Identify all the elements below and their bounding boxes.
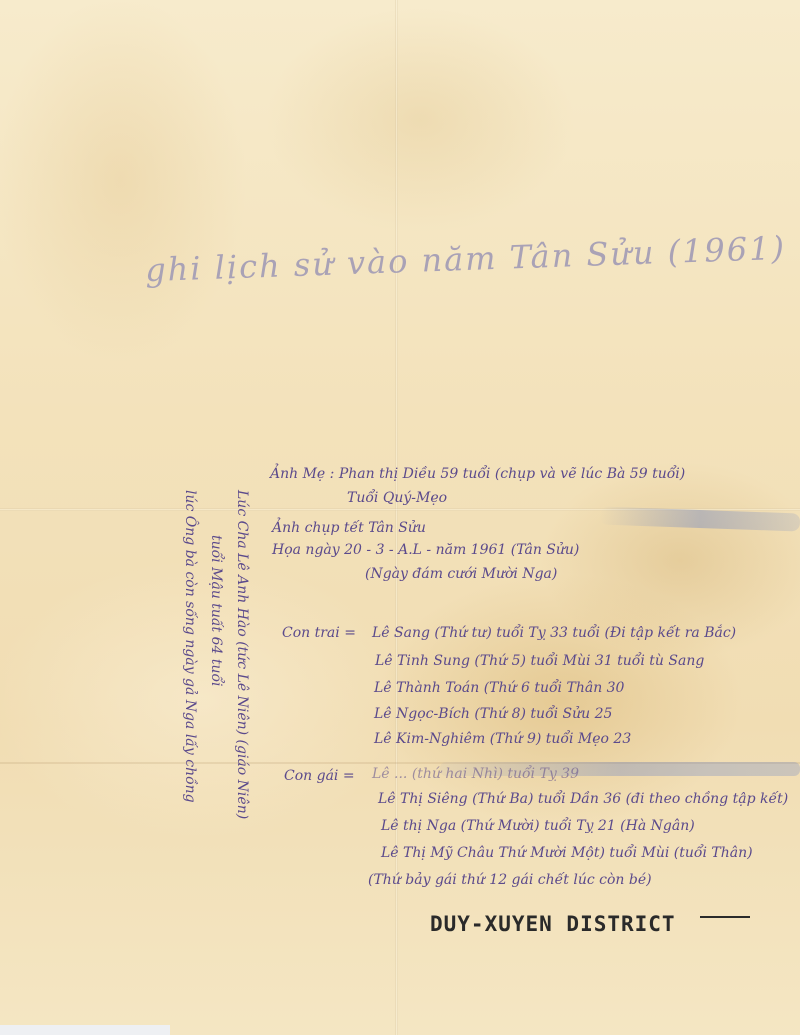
stamp-underline bbox=[700, 916, 750, 918]
son-entry: Lê Ngọc-Bích (Thứ 8) tuổi Sửu 25 bbox=[374, 706, 612, 722]
daughters-label: Con gái = bbox=[284, 768, 355, 784]
district-stamp: DUY-XUYEN DISTRICT bbox=[430, 912, 676, 936]
son-entry: Lê Kim-Nghiêm (Thứ 9) tuổi Mẹo 23 bbox=[374, 731, 631, 747]
son-entry: Lê Thành Toán (Thứ 6 tuổi Thân 30 bbox=[374, 680, 624, 696]
portrait-note-line-1: Ảnh Mẹ : Phan thị Diều 59 tuổi (chụp và … bbox=[270, 466, 685, 482]
pencil-heading: ghi lịch sử vào năm Tân Sửu (1961) bbox=[145, 229, 787, 289]
daughters-footnote: (Thứ bảy gái thứ 12 gái chết lúc còn bé) bbox=[368, 872, 652, 888]
margin-note-line-2: tuổi Mậu tuất 64 tuổi bbox=[203, 490, 229, 819]
daughter-entry: Lê Thị Mỹ Châu Thứ Mười Một) tuổi Mùi (t… bbox=[381, 845, 753, 861]
daughter-entry: Lê thị Nga (Thứ Mười) tuổi Tỵ 21 (Hà Ngâ… bbox=[381, 818, 695, 834]
daughter-entry: Lê ... (thứ hai Nhì) tuổi Tỵ 39 bbox=[372, 766, 579, 782]
portrait-note-line-4: Họa ngày 20 - 3 - A.L - năm 1961 (Tân Sử… bbox=[272, 542, 579, 558]
portrait-note-line-3: Ảnh chụp tết Tân Sửu bbox=[272, 520, 426, 536]
aged-paper-document: ghi lịch sử vào năm Tân Sửu (1961) Ảnh M… bbox=[0, 0, 800, 1035]
margin-note-vertical: Lúc Cha Lê Anh Hào (tức Lê Niên) (giáo N… bbox=[177, 490, 255, 819]
portrait-note-line-2: Tuổi Quý-Mẹo bbox=[347, 490, 447, 506]
margin-note-line-1: Lúc Cha Lê Anh Hào (tức Lê Niên) (giáo N… bbox=[229, 490, 255, 819]
scanner-edge-strip bbox=[0, 1025, 170, 1035]
portrait-note-line-5: (Ngày đám cưới Mười Nga) bbox=[365, 566, 557, 582]
son-entry: Lê Tinh Sung (Thứ 5) tuổi Mùi 31 tuổi tù… bbox=[375, 653, 704, 669]
sons-label: Con trai = bbox=[282, 625, 356, 641]
margin-note-line-3: lúc Ông bà còn sống ngày gả Nga lấy chồn… bbox=[177, 490, 203, 819]
son-entry: Lê Sang (Thứ tư) tuổi Tỵ 33 tuổi (Đi tập… bbox=[372, 625, 736, 641]
daughter-entry: Lê Thị Siêng (Thứ Ba) tuổi Dần 36 (đi th… bbox=[378, 791, 788, 807]
